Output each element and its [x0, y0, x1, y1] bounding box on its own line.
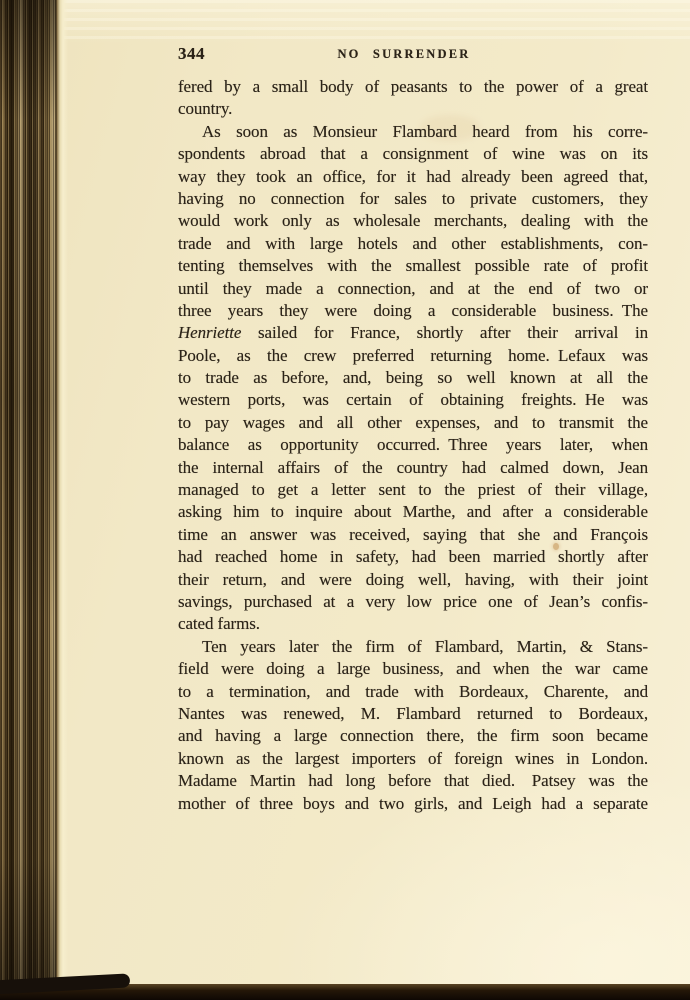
text-line: had reached home in safety, had been mar…: [178, 546, 648, 568]
book-page-scan: 344 NO SURRENDER fered by a small body o…: [0, 0, 690, 1000]
text-line: Henriette sailed for France, shortly aft…: [178, 322, 648, 344]
text-line: managed to get a letter sent to the prie…: [178, 479, 648, 501]
text-line: to trade as before, and, being so well k…: [178, 367, 648, 389]
text-line: three years they were doing a considerab…: [178, 300, 648, 322]
text-line: fered by a small body of peasants to the…: [178, 76, 648, 98]
page-edge-highlight: [56, 0, 68, 986]
text-line: Madame Martin had long before that died.…: [178, 770, 648, 792]
text-line: Ten years later the firm of Flambard, Ma…: [178, 636, 648, 658]
text-line: tenting themselves with the smallest pos…: [178, 255, 648, 277]
text-line: mother of three boys and two girls, and …: [178, 793, 648, 815]
text-line: to pay wages and all other expenses, and…: [178, 412, 648, 434]
paper-sheen: [64, 0, 690, 44]
text-line: having no connection for sales to privat…: [178, 188, 648, 210]
text-line: balance as opportunity occurred. Three y…: [178, 434, 648, 456]
text-line: spondents abroad that a consignment of w…: [178, 143, 648, 165]
text-line: country.: [178, 98, 648, 120]
text-line: would work only as wholesale merchants, …: [178, 210, 648, 232]
text-line: field were doing a large business, and w…: [178, 658, 648, 680]
text-line: and having a large connection there, the…: [178, 725, 648, 747]
text-line: Poole, as the crew preferred returning h…: [178, 345, 648, 367]
running-head: 344 NO SURRENDER: [178, 44, 648, 62]
text-line: way they took an office, for it had alre…: [178, 166, 648, 188]
text-line: savings, purchased at a very low price o…: [178, 591, 648, 613]
text-line: to a termination, and trade with Bordeau…: [178, 681, 648, 703]
text-line: asking him to inquire about Marthe, and …: [178, 501, 648, 523]
text-line: the internal affairs of the country had …: [178, 457, 648, 479]
book-fore-edge: [0, 0, 60, 1000]
text-line: time an answer was received, saying that…: [178, 524, 648, 546]
text-line: cated farms.: [178, 613, 648, 635]
text-line: known as the largest importers of foreig…: [178, 748, 648, 770]
text-line: As soon as Monsieur Flambard heard from …: [178, 121, 648, 143]
text-body: fered by a small body of peasants to the…: [178, 76, 648, 815]
text-line: until they made a connection, and at the…: [178, 278, 648, 300]
text-line: Nantes was renewed, M. Flambard returned…: [178, 703, 648, 725]
text-line: their return, and were doing well, havin…: [178, 569, 648, 591]
text-line: western ports, was certain of obtaining …: [178, 389, 648, 411]
running-title: NO SURRENDER: [178, 47, 630, 62]
text-line: trade and with large hotels and other es…: [178, 233, 648, 255]
